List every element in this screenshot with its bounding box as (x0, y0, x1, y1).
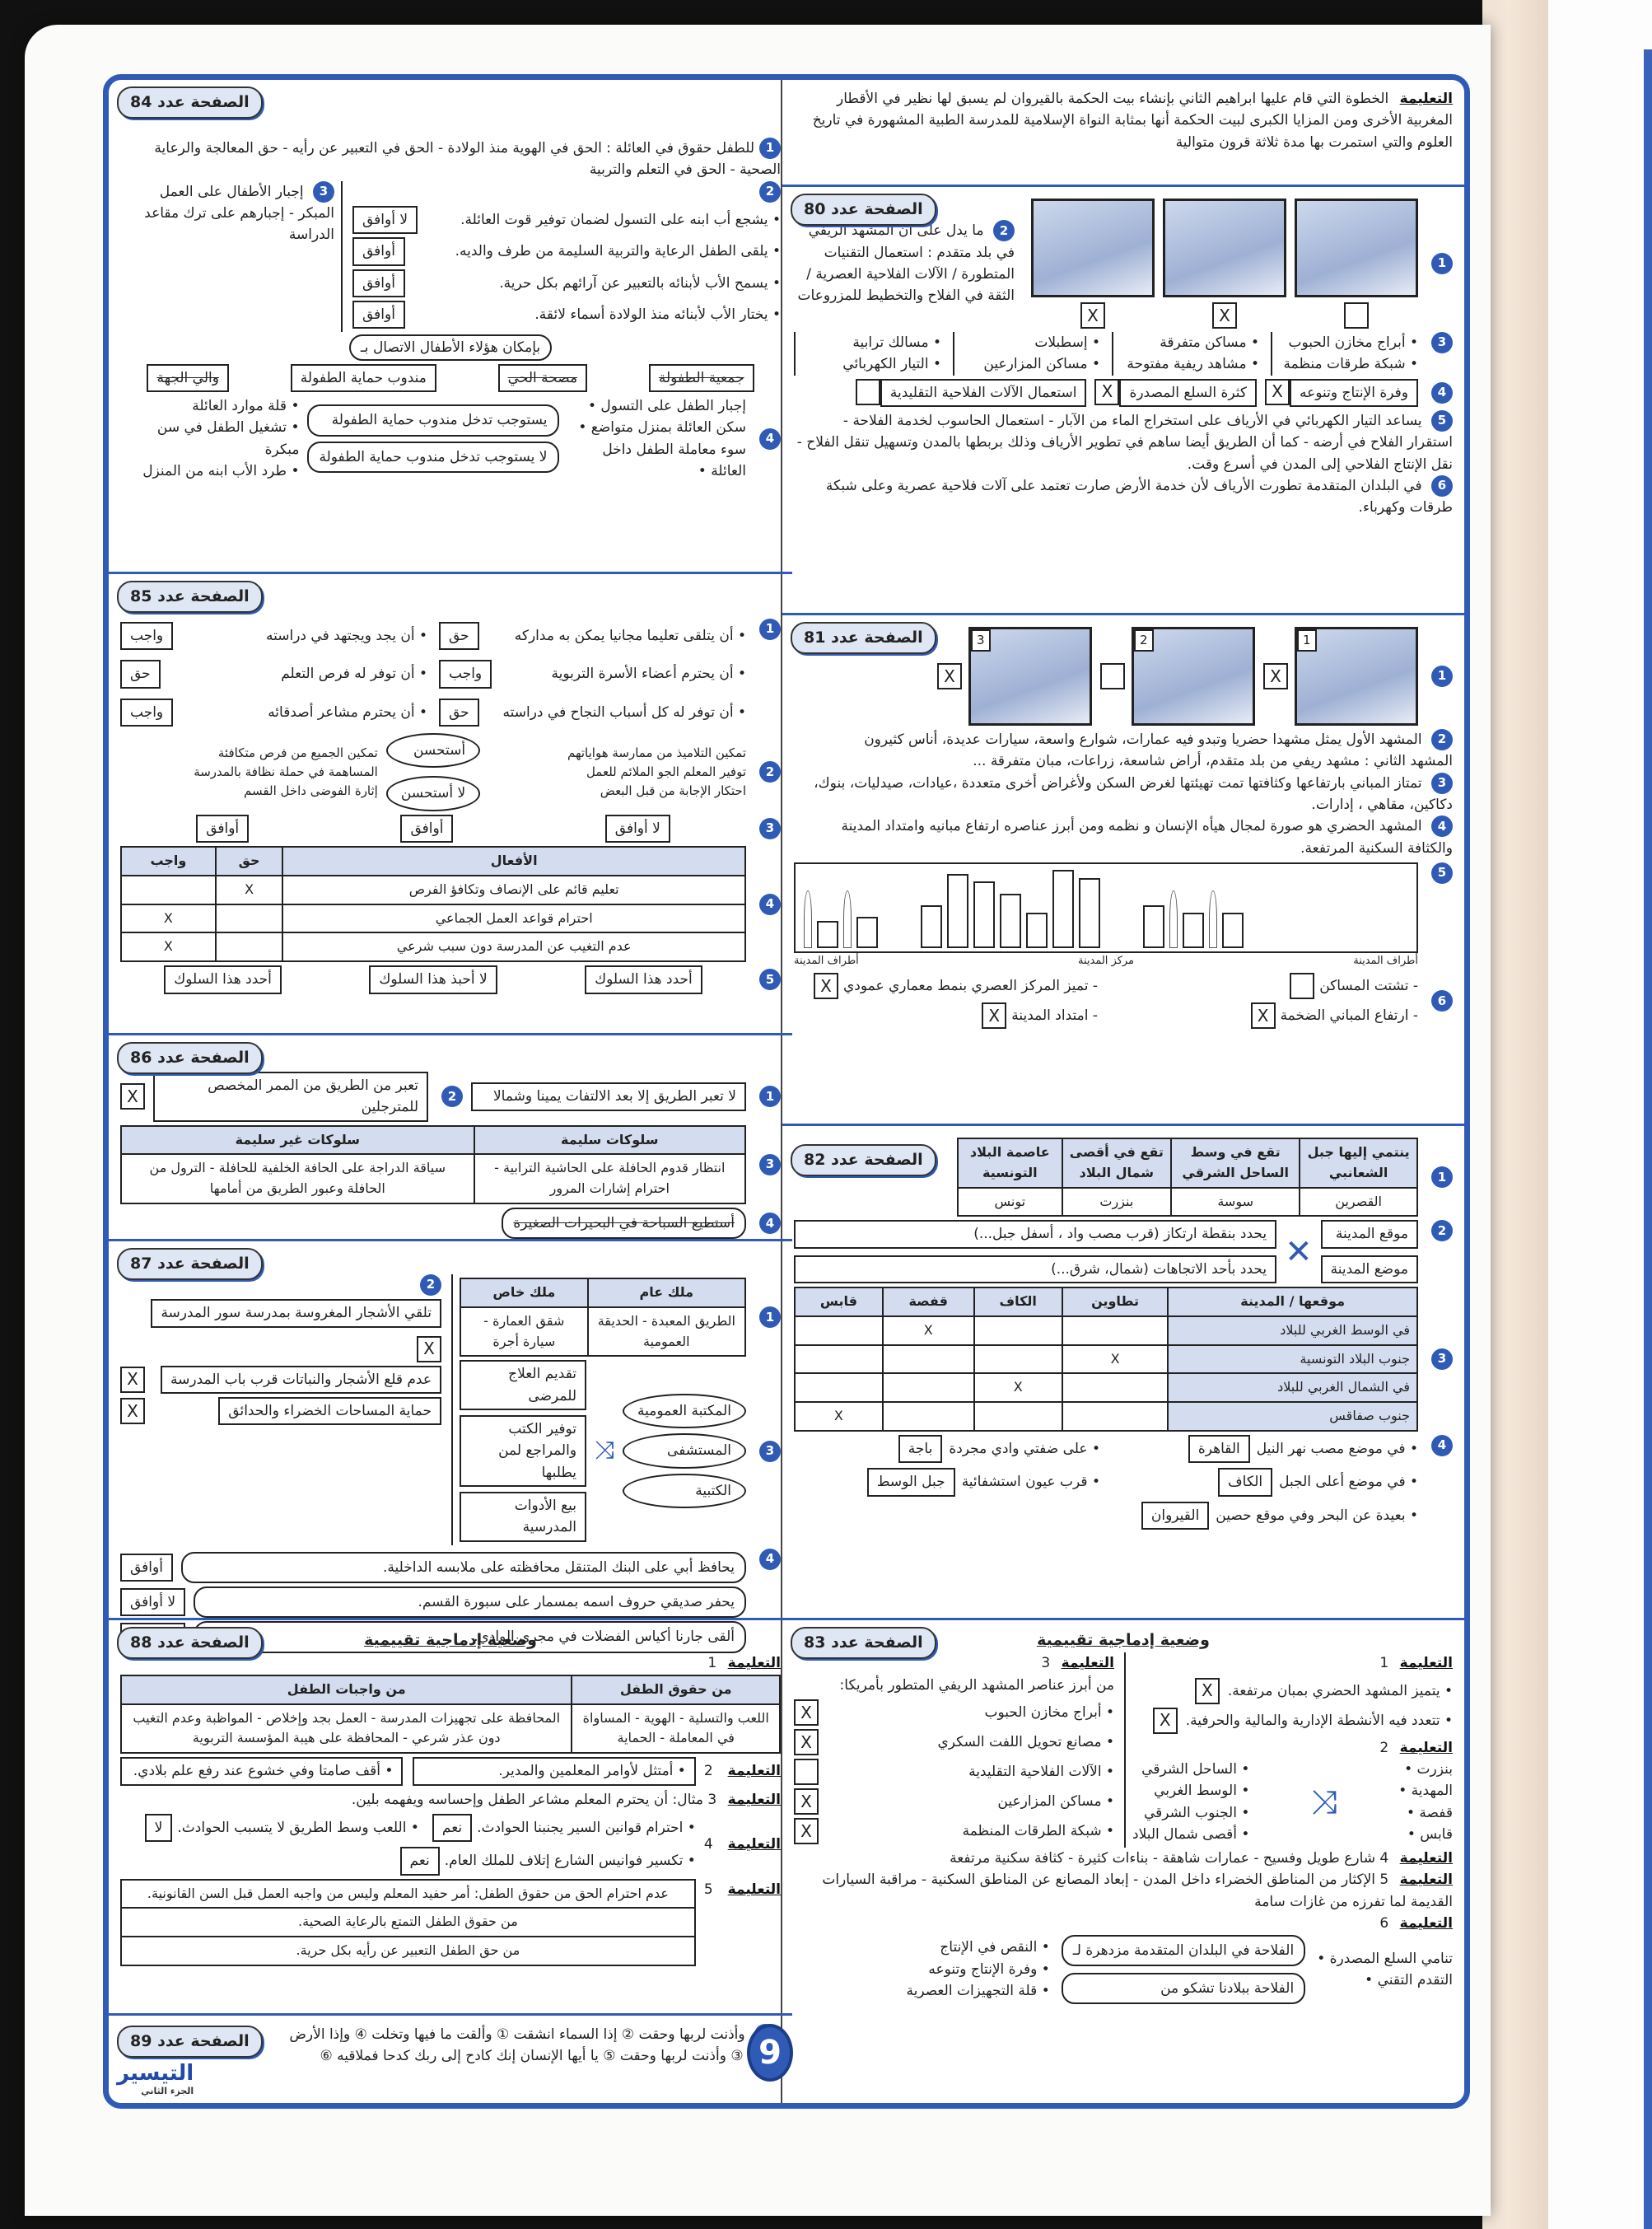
table-cell: في الوسط الغربي للبلاد (1168, 1316, 1417, 1345)
p88-t5: التعليمة 5 عدم احترام الحق من حقوق الطفل… (120, 1879, 781, 1966)
cause-item: التقدم التقني • (1317, 1970, 1453, 1991)
question-number-4: 4 (1431, 382, 1453, 404)
table-cell (974, 1402, 1062, 1431)
city-answer-box: القيروان (1141, 1502, 1209, 1530)
question-number-3: 3 (1431, 773, 1453, 794)
section-page-84: الصفحة عدد 84 1للطفل حقوق في العائلة : ا… (109, 80, 792, 574)
building (1000, 894, 1021, 949)
p80-q2: 2 ما يدل على أن المشهد الريفي في بلد متق… (794, 220, 1015, 306)
building (947, 874, 968, 948)
opinion-text: • يشجع أب ابنه على التسول لضمان توفير قو… (460, 209, 781, 231)
photo-checkbox-2[interactable]: X (1212, 302, 1237, 329)
p88-t4-items: • احترام قوانين السير يجنبنا الحوادث.نعم… (120, 1814, 696, 1876)
element-checkbox[interactable]: X (794, 1788, 819, 1815)
opinion-answer: أوافق (352, 269, 405, 297)
statement-checkbox[interactable]: X (1195, 1678, 1220, 1704)
opinion-text: • يختار الأب لأبنائه منذ الولادة أسماء ل… (534, 304, 781, 325)
table-cell: X (216, 876, 283, 904)
behaviour-text: عدم قلع الأشجار والنباتات قرب باب المدرس… (161, 1366, 441, 1394)
rural-photo-1 (1295, 199, 1418, 297)
element-text: • شبكة الطرقات المنظمة (963, 1820, 1114, 1842)
option-checkbox[interactable]: X (1094, 379, 1119, 405)
region-item: • الساحل الشرقي (1132, 1759, 1249, 1780)
p84-q1: 1للطفل حقوق في العائلة : الحق في الهوية … (120, 138, 781, 181)
section-page-82: الصفحة عدد 82 1 ينتمي إليها جبل الشعانبي… (782, 1126, 1464, 1620)
table-cell (216, 932, 283, 961)
scene-photo-number: 2 (1134, 629, 1154, 652)
question-number-2: 2 (759, 761, 781, 783)
p85-q4: 4 الأفعالحقواجبتعليم قائم على الإنصاف وت… (120, 846, 781, 962)
table-header-cell: الكاف (974, 1287, 1062, 1316)
table-header-cell: ينتمي إليها جبل الشعانبي (1300, 1138, 1417, 1188)
scene-photo-group: 1X (1263, 627, 1418, 726)
p83-t6-center: الفلاحة في البلدان المتقدمة مزدهرة لـالف… (1062, 1935, 1305, 2005)
p80-q3-groups: • أبراج مخازن الحبوب• شبكة طرقات منظمة• … (794, 332, 1418, 376)
table-row: القصرينسوسةبنزرتتونس (958, 1188, 1417, 1217)
element-checkbox[interactable]: X (794, 1699, 819, 1726)
page-label-86: الصفحة عدد 86 (117, 1042, 263, 1074)
table-header-row: الأفعالحقواجب (121, 847, 745, 876)
p85-q2-situations-2: تمكين الجميع من فرص متكافئةالمساهمة في ح… (120, 744, 378, 801)
p80-q4: 4 وفرة الإنتاج وتنوعهXكثرة السلع المصدرة… (794, 379, 1453, 407)
table-cell: عدم احترام الحق من حقوق الطفل: أمر حفيد … (121, 1880, 695, 1909)
question-number-3: 3 (1431, 1348, 1453, 1370)
page-number-badge: 9 (747, 2024, 793, 2082)
p86-q2-answer: تعبر من الطريق من الممر المخصص للمترجلين (153, 1072, 428, 1122)
element-item: • الآلات الفلاحية التقليدية (794, 1759, 1114, 1785)
page-label-89: الصفحة عدد 89 (117, 2026, 263, 2058)
element-checkbox[interactable]: X (794, 1818, 819, 1844)
outcome-item: • قلة التجهيزات العصرية (906, 1980, 1049, 2002)
table-header-cell: ملك عام (588, 1278, 745, 1307)
region-list: • الساحل الشرقي• الوسط الغربي• الجنوب ال… (1132, 1759, 1249, 1845)
question-number-1: 1 (759, 138, 781, 159)
option-checkbox[interactable] (1290, 973, 1314, 999)
right-duty-text: • أن يحترم مشاعر أصدقائه (268, 702, 427, 723)
question-number-1: 1 (1431, 666, 1453, 687)
situation-item: • طرد الأب ابنه من المنزل (120, 460, 299, 482)
right-duty-answer: حق (439, 622, 479, 650)
table-cell: X (883, 1316, 974, 1345)
scene-photo-number: 1 (1297, 629, 1317, 652)
tree-icon (1209, 890, 1217, 948)
city-answer-box: جبل الوسط (867, 1468, 955, 1496)
rural-photo-2 (1163, 199, 1286, 297)
statement-checkbox[interactable]: X (1153, 1708, 1178, 1734)
feature-group: • مساكن متفرقة• مشاهد ريفية مفتوحة (1112, 332, 1259, 376)
p86-q2-checkbox[interactable]: X (120, 1083, 145, 1110)
opinion-item: • يسمح الأب لأبنائه بالتعبير عن آرائهم ب… (352, 269, 781, 297)
photo-checkbox-3[interactable]: X (1080, 302, 1105, 329)
option-checkbox[interactable] (856, 379, 880, 405)
feature-group: • أبراج مخازن الحبوب• شبكة طرقات منظمة (1271, 332, 1418, 376)
location-description: • في موضع مصب نهر النيل (1257, 1438, 1418, 1460)
scene-checkbox[interactable]: X (1263, 663, 1288, 689)
matching-lines-icon: ⤨ (1311, 1777, 1337, 1828)
table-header-cell: تقع في أقصى شمال البلاد (1062, 1138, 1171, 1188)
contact-option: مصحة الحي (498, 364, 587, 392)
option: - ارتفاع المباني الضخمةX (1114, 1002, 1418, 1029)
question-number-4: 4 (759, 428, 781, 450)
page-frame: التعليمة الخطوة التي قام عليها ابراهيم ا… (103, 74, 1470, 2109)
opinion-item: يحافظ أبي على البنك المتنقل محافظته على … (120, 1552, 746, 1583)
element-checkbox[interactable] (794, 1759, 819, 1785)
true-false-answer: نعم (432, 1814, 472, 1842)
building (1026, 913, 1048, 948)
opinion-item: يحفر صديقي حروف اسمه بمسمار على سبورة ال… (120, 1586, 746, 1618)
table-cell (1062, 1402, 1169, 1431)
question-number-2: 2 (759, 181, 781, 203)
page-label-80: الصفحة عدد 80 (791, 194, 936, 226)
series-logo-subtitle: الجزء الثاني (117, 2086, 194, 2096)
opinion-answer: لا أوافق (120, 1588, 185, 1616)
table-cell: الطريق المعبدة - الحديقة العمومية (588, 1307, 745, 1357)
table-header-cell: تطاوين (1062, 1287, 1169, 1316)
tree-icon (1169, 890, 1178, 948)
element-text: • مصانع تحويل اللفت السكري (937, 1731, 1114, 1753)
instruction-tag: التعليمة (1062, 1655, 1114, 1671)
p80-q3: 3 • أبراج مخازن الحبوب• شبكة طرقات منظمة… (794, 332, 1453, 376)
element-item: • أبراج مخازن الحبوبX (794, 1699, 1114, 1726)
city-profile-diagram: أطراف المدينة مركز المدينة أطراف المدينة (794, 862, 1418, 970)
section-page-80: الصفحة عدد 80 1 X X (782, 187, 1464, 615)
scene-checkbox[interactable]: X (937, 663, 962, 689)
location-description: • بعيدة عن البحر وفي موقع حصين (1216, 1505, 1418, 1526)
question-number-1: 1 (759, 619, 781, 640)
service-box: تقديم العلاج للمرضى (460, 1360, 586, 1410)
building (973, 881, 995, 948)
true-false-answer: لا (145, 1814, 173, 1842)
p88-t3-text: مثال: أن يحترم المعلم مشاعر الطفل وإحساس… (352, 1792, 703, 1808)
option-checkbox[interactable]: X (1251, 1002, 1276, 1029)
right-duty-item: • أن يحترم مشاعر أصدقائهواجب (120, 699, 427, 727)
scene-checkbox[interactable] (1100, 663, 1125, 689)
question-number-1: 1 (759, 1086, 781, 1107)
table-cell: عدم التغيب عن المدرسة دون سبب شرعي (282, 932, 745, 961)
behaviour-text: حماية المساحات الخضراء والحدائق (218, 1397, 441, 1425)
behaviour-checkbox[interactable]: X (120, 1398, 145, 1424)
answer-box: لا أوافق (605, 815, 670, 843)
instruction-tag: التعليمة (728, 1655, 781, 1671)
answer-box: أحدد هذا السلوك (164, 965, 282, 993)
question-number-4: 4 (759, 894, 781, 915)
table-cell: سوسة (1171, 1188, 1300, 1217)
p81-q2-text-1: المشهد الأول يمثل مشهدا حضريا وتبدو فيه … (864, 731, 1421, 748)
opinion-text: يحافظ أبي على البنك المتنقل محافظته على … (181, 1552, 746, 1583)
p82-q3: 3 موقعها / المدينةتطاوينالكافقفصةقابسفي … (794, 1287, 1453, 1432)
feature-item: • مساكن متفرقة (1120, 332, 1259, 353)
element-item: • شبكة الطرقات المنظمةX (794, 1818, 1114, 1844)
table-cell: من حقوق الطفل التمتع بالرعاية الصحية. (121, 1908, 695, 1937)
element-text: • مساكن المزارعين (997, 1791, 1114, 1812)
table-row: جنوب صفاقسX (795, 1402, 1417, 1431)
opinion-text: • يلقى الطفل الرعاية والتربية السليمة من… (455, 241, 781, 262)
right-duty-item: • أن يجد ويجتهد في دراستهواجب (120, 622, 427, 650)
table-cell (795, 1373, 883, 1402)
p81-q4-text: المشهد الحضري هو صورة لمجال هيأه الإنسان… (842, 818, 1453, 856)
table-cell: X (1062, 1345, 1169, 1374)
table-row: الطريق المعبدة - الحديقة العموميةشقق الع… (460, 1307, 745, 1357)
rights-duties-table: الأفعالحقواجبتعليم قائم على الإنصاف وتكا… (120, 846, 746, 962)
table-header-cell: تقع في وسط الساحل الشرقي (1171, 1138, 1300, 1188)
table-cell: احترام قواعد العمل الجماعي (282, 904, 745, 933)
opinion-item: • يشجع أب ابنه على التسول لضمان توفير قو… (352, 206, 781, 234)
option-checkbox[interactable]: X (1265, 379, 1290, 405)
table-cell: المحافظة على تجهيزات المدرسة - العمل بجد… (121, 1704, 572, 1754)
option-label: وفرة الإنتاج وتنوعه (1290, 379, 1418, 407)
table-header-cell: عاصمة البلاد التونسية (958, 1138, 1062, 1188)
adjacent-page-edge (1548, 0, 1652, 2229)
option-label: استعمال الآلات الفلاحية التقليدية (880, 379, 1087, 407)
table-cell (795, 1345, 883, 1374)
city-answer-box: باجة (898, 1435, 943, 1463)
table-cell (883, 1345, 974, 1374)
p87-q3-places: المكتبة العموميةالمستشفىالكتبية (623, 1394, 746, 1508)
right-duty-text: • أن يحترم أعضاء الأسرة التربوية (552, 663, 747, 685)
p84-q4-situations-2: • قلة موارد العائلة• تشغيل الطفل في سن م… (120, 395, 299, 482)
option-checkbox[interactable]: X (814, 973, 838, 999)
behaviour-item: تلقي الأشجار المغروسة بمدرسة سور المدرسة… (120, 1299, 441, 1362)
judgement-oval: أستحسن (386, 733, 480, 768)
p86-q4: 4 أستطيع السباحة في البحيرات الصغيرة (120, 1208, 781, 1239)
feature-item: • مشاهد ريفية مفتوحة (1120, 353, 1259, 375)
question-number-4: 4 (1431, 1435, 1453, 1456)
table-header-cell: سلوكات غير سليمة (121, 1126, 474, 1155)
tree-icon (843, 890, 852, 948)
city-location-table: موقعها / المدينةتطاوينالكافقفصةقابسفي ال… (794, 1287, 1418, 1432)
table-header-cell: من واجبات الطفل (121, 1675, 572, 1704)
situation-item: إجبار الطفل على التسول • (567, 395, 746, 417)
right-duty-answer: حق (120, 660, 161, 688)
table-cell: تعليم قائم على الإنصاف وتكافؤ الفرص (282, 876, 745, 904)
p84-q4-categories: يستوجب تدخل مندوب حماية الطفولةلا يستوجب… (307, 404, 558, 473)
table-row: تعليم قائم على الإنصاف وتكافؤ الفرصX (121, 876, 745, 904)
instruction-tag: التعليمة (728, 1760, 781, 1782)
contact-option: جمعية الطفولة (649, 364, 754, 392)
p85-q1: 1 • أن يتلقى تعليما مجانيا يمكن به مدارك… (120, 619, 781, 730)
scene-photo: 2 (1132, 627, 1255, 726)
table-cell (1062, 1373, 1169, 1402)
service-box: توفير الكتب والمراجع لمن يطلبها (460, 1415, 586, 1487)
p87-q2-items: تلقي الأشجار المغروسة بمدرسة سور المدرسة… (120, 1299, 441, 1425)
p88-t2: التعليمة 2 • أمتثل لأوامر المعلمين والمد… (120, 1757, 781, 1785)
table-header-cell: قابس (795, 1287, 883, 1316)
page-label-85: الصفحة عدد 85 (117, 581, 263, 613)
city-item: قفصة • (1398, 1802, 1453, 1824)
option-checkbox[interactable]: X (982, 1002, 1006, 1029)
behaviour-checkbox[interactable]: X (120, 1367, 145, 1393)
question-number-5: 5 (1431, 862, 1453, 884)
cause-item: تنامي السلع المصدرة • (1317, 1948, 1453, 1970)
question-number-1: 1 (1431, 1166, 1453, 1188)
p81-q2-text-2: المشهد الثاني : مشهد ريفي من بلد متقدم، … (973, 753, 1453, 769)
table-row: عدم احترام الحق من حقوق الطفل: أمر حفيد … (121, 1880, 695, 1909)
question-number-4: 4 (1431, 815, 1453, 837)
city-item: المهدية • (1398, 1780, 1453, 1801)
p85-q3: 3 لا أوافقأوافقأوافق (120, 815, 781, 843)
situation-item: احتكار الإجابة من قبل البعض (488, 782, 746, 801)
p83-t5: التعليمة 5 الإكثار من المناطق الخضراء دا… (794, 1869, 1453, 1913)
table-cell (883, 1373, 974, 1402)
building (817, 921, 838, 948)
question-number-6: 6 (1431, 990, 1453, 1012)
question-number-6: 6 (1431, 475, 1453, 497)
instruction-tag: التعليمة (728, 1834, 781, 1855)
photo-checkbox-1[interactable] (1344, 302, 1369, 329)
p83-t6: التعليمة 6 تنامي السلع المصدرة •التقدم ا… (794, 1913, 1453, 2004)
p84-q3b-prompt: بإمكان هؤلاء الأطفال الاتصال بـ (349, 334, 552, 361)
term-box: موضع المدينة (1321, 1255, 1418, 1283)
definition-box: يحدد بنقطة ارتكاز (قرب مصب واد ، أسفل جب… (794, 1220, 1276, 1248)
question-number-4: 4 (759, 1549, 781, 1570)
city-answer-box: القاهرة (1188, 1435, 1250, 1463)
opinion-item: • يلقى الطفل الرعاية والتربية السليمة من… (352, 237, 781, 265)
p84-q2-items: • يشجع أب ابنه على التسول لضمان توفير قو… (352, 206, 781, 329)
p87-q1-q3: 1 ملك عامملك خاصالطريق المعبدة - الحديقة… (451, 1274, 781, 1545)
city-list: بنزرت •المهدية •قفصة •قابس • (1398, 1759, 1453, 1845)
situation-item: سوء معاملة الطفل داخل العائلة • (567, 439, 746, 483)
feature-item: • شبكة طرقات منظمة (1279, 353, 1418, 375)
element-text: • أبراج مخازن الحبوب (984, 1702, 1114, 1723)
behaviour-text: تلقي الأشجار المغروسة بمدرسة سور المدرسة (151, 1299, 441, 1327)
p80-q5: 5 يساعد التيار الكهربائي في الأرياف على … (794, 410, 1453, 475)
p81-q3: 3 تمتاز المباني بارتفاعها وكثافتها تمت ت… (794, 773, 1453, 816)
question-number-2: 2 (441, 1086, 463, 1107)
p87-q3-services: تقديم العلاج للمرضىتوفير الكتب والمراجع … (460, 1360, 586, 1541)
location-description: • في موضع أعلى الجبل (1279, 1471, 1418, 1493)
table-cell (216, 904, 283, 933)
statement-text: • تتعدد فيه الأنشطة الإدارية والمالية وا… (1186, 1710, 1453, 1731)
table-header-cell: واجب (121, 847, 216, 876)
p81-q4: 4 المشهد الحضري هو صورة لمجال هيأه الإنس… (794, 815, 1453, 859)
p85-q2: 2 تمكين التلاميذ من ممارسة هواياتهمتوفير… (120, 733, 781, 811)
right-duty-answer: واجب (120, 699, 173, 727)
page-label-88: الصفحة عدد 88 (117, 1627, 263, 1659)
right-duty-item: • أن يحترم أعضاء الأسرة التربويةواجب (439, 660, 746, 688)
p85-q5: 5 أحدد هذا السلوكلا أحبذ هذا السلوكأحدد … (120, 965, 781, 993)
option-label: - تشتت المساكن (1319, 975, 1418, 997)
situation-item: • تشغيل الطفل في سن مبكرة (120, 417, 299, 460)
table-cell (1062, 1316, 1169, 1345)
p84-q4: 4 إجبار الطفل على التسول •سكن العائلة بم… (120, 395, 781, 482)
location-item: • في موضع أعلى الجبلالكاف (1112, 1468, 1418, 1496)
table-cell: من حق الطفل التعبير عن رأيه بكل حرية. (121, 1937, 695, 1965)
cross-connector-icon: ✕ (1285, 1227, 1313, 1278)
p83-t6-causes: تنامي السلع المصدرة •التقدم التقني • (1317, 1948, 1453, 1992)
judgement-oval: لا أستحسن (386, 776, 480, 811)
contact-option: والي الجهة (147, 364, 229, 392)
p80-q2-text: ما يدل على أن المشهد الريفي في بلد متقدم… (798, 222, 1015, 304)
feature-group: • إسطبلات• مساكن المزارعين (953, 332, 1100, 376)
series-logo: التيسير الجزء الثاني (117, 2061, 194, 2096)
p83-t2-matching: بنزرت •المهدية •قفصة •قابس • ⤨ • الساحل … (1132, 1759, 1453, 1845)
table-cell: سياقة الدراجة على الحافة الخلفية للحافلة… (121, 1154, 474, 1203)
table-row: احترام قواعد العمل الجماعيX (121, 904, 745, 933)
p85-q2-situations: تمكين التلاميذ من ممارسة هواياتهمتوفير ا… (488, 744, 746, 801)
answer-box: أحدد هذا السلوك (585, 965, 702, 993)
location-item: • في موضع مصب نهر النيلالقاهرة (1112, 1435, 1418, 1463)
instruction-tag: التعليمة (1400, 1740, 1453, 1756)
situation-item: توفير المعلم الجو الملائم للعمل (488, 763, 746, 782)
right-duty-answer: واجب (439, 660, 492, 688)
section-page-85: الصفحة عدد 85 1 • أن يتلقى تعليما مجانيا… (109, 574, 792, 1035)
scene-photo: 3 (968, 627, 1092, 726)
table-header-row: سلوكات سليمةسلوكات غير سليمة (121, 1126, 745, 1155)
label-city-edge-left: أطراف المدينة (794, 953, 859, 970)
statement-text: • يتميز المشهد الحضري بمبان مرتفعة. (1228, 1680, 1453, 1702)
page-label-87: الصفحة عدد 87 (117, 1248, 263, 1280)
right-duty-text: • أن يتلقى تعليما مجانيا يمكن به مداركه (515, 625, 746, 647)
table-header-cell: من حقوق الطفل (572, 1675, 780, 1704)
place-oval: المكتبة العمومية (623, 1394, 746, 1428)
true-false-item: • اللعب وسط الطريق لا يتسبب الحوادث.لا (145, 1814, 419, 1842)
table-row: جنوب البلاد التونسيةX (795, 1345, 1417, 1374)
p83-t6-outcomes: • النقص في الإنتاج• وفرة الإنتاج وتنوعه•… (906, 1937, 1049, 2002)
location-item: • قرب عيون استشفائيةجبل الوسط (794, 1468, 1100, 1496)
city-item: قابس • (1398, 1824, 1453, 1845)
section-page-89: الصفحة عدد 89 1 وأذنت لربها وحقت ② إذا ا… (109, 2016, 792, 2103)
table-cell: جنوب البلاد التونسية (1168, 1345, 1417, 1374)
p84-q3a: 3 إجبار الأطفال على العمل المبكر - إجبار… (120, 181, 343, 333)
table-cell (974, 1316, 1062, 1345)
right-duty-text: • أن توفر له كل أسباب النجاح في دراسته (503, 702, 746, 723)
p86-q3: 3 سلوكات سليمةسلوكات غير سليمةانتظار قدو… (120, 1125, 781, 1204)
table-cell: في الشمال الغربي للبلاد (1168, 1373, 1417, 1402)
region-item: • الوسط الغربي (1132, 1780, 1249, 1801)
property-table: ملك عامملك خاصالطريق المعبدة - الحديقة ا… (460, 1278, 746, 1357)
cities-table: ينتمي إليها جبل الشعانبيتقع في وسط الساح… (957, 1138, 1418, 1217)
question-number-2: 2 (1431, 1220, 1453, 1241)
building (1183, 913, 1204, 948)
p85-q1-items: • أن يتلقى تعليما مجانيا يمكن به مداركهح… (120, 619, 746, 730)
element-checkbox[interactable]: X (794, 1729, 819, 1755)
instruction-tag: التعليمة (1400, 91, 1453, 107)
p84-q1-text: للطفل حقوق في العائلة : الحق في الهوية م… (154, 140, 781, 178)
behaviour-item: حماية المساحات الخضراء والحدائقX (120, 1397, 441, 1425)
situation-item: • قلة موارد العائلة (120, 395, 299, 417)
book-binding (1482, 0, 1548, 2229)
opinion-text: • يسمح الأب لأبنائه بالتعبير عن آرائهم ب… (499, 273, 781, 294)
place-oval: الكتبية (623, 1474, 746, 1508)
rural-photo-3 (1031, 199, 1155, 297)
behaviour-checkbox[interactable]: X (417, 1336, 441, 1362)
answer-box: أوافق (400, 815, 453, 843)
left-column: الصفحة عدد 84 1للطفل حقوق في العائلة : ا… (109, 80, 792, 2103)
matching-lines-icon: ⤨ (595, 1432, 614, 1470)
table-cell: بنزرت (1062, 1188, 1171, 1217)
option-label: - امتداد المدينة (1011, 1005, 1098, 1026)
label-city-edge-right: أطراف المدينة (1353, 953, 1418, 970)
question-number-2: 2 (1431, 729, 1453, 750)
p84-q3a-text: إجبار الأطفال على العمل المبكر - إجبارهم… (144, 184, 334, 244)
p82-q4-items: • في موضع مصب نهر النيلالقاهرة• على ضفتي… (794, 1435, 1418, 1530)
behaviour-item: عدم قلع الأشجار والنباتات قرب باب المدرس… (120, 1366, 441, 1394)
p81-q5: 5 أطراف المدينة مركز المدينة أطراف المدي… (794, 862, 1453, 970)
p83-t5-text: الإكثار من المناطق الخضراء داخل المدن - … (822, 1872, 1453, 1909)
conduct-box: • أقف صامتا وفي خشوع عند رفع علم بلادي. (120, 1757, 403, 1785)
true-false-item: • احترام قوانين السير يجنبنا الحوادث.نعم (432, 1814, 696, 1842)
intro-section: التعليمة الخطوة التي قام عليها ابراهيم ا… (782, 80, 1464, 187)
table-header-cell: سلوكات سليمة (474, 1126, 745, 1155)
table-cell: انتظار قدوم الحافلة على الحاشية الترابية… (474, 1154, 745, 1203)
opinion-text: يحفر صديقي حروف اسمه بمسمار على سبورة ال… (194, 1586, 746, 1618)
table-header-row: من حقوق الطفلمن واجبات الطفل (121, 1675, 780, 1704)
p83-t1-items: • يتميز المشهد الحضري بمبان مرتفعة.X• تت… (1132, 1678, 1453, 1734)
child-rights-duties-table: من حقوق الطفلمن واجبات الطفلاللعب والتسل… (120, 1675, 781, 1754)
p80-q5-text: يساعد التيار الكهربائي في الأرياف على اس… (797, 413, 1453, 473)
situation-item: إثارة الفوضى داخل القسم (120, 782, 378, 801)
p80-q4-options: وفرة الإنتاج وتنوعهXكثرة السلع المصدرةXا… (856, 379, 1418, 407)
